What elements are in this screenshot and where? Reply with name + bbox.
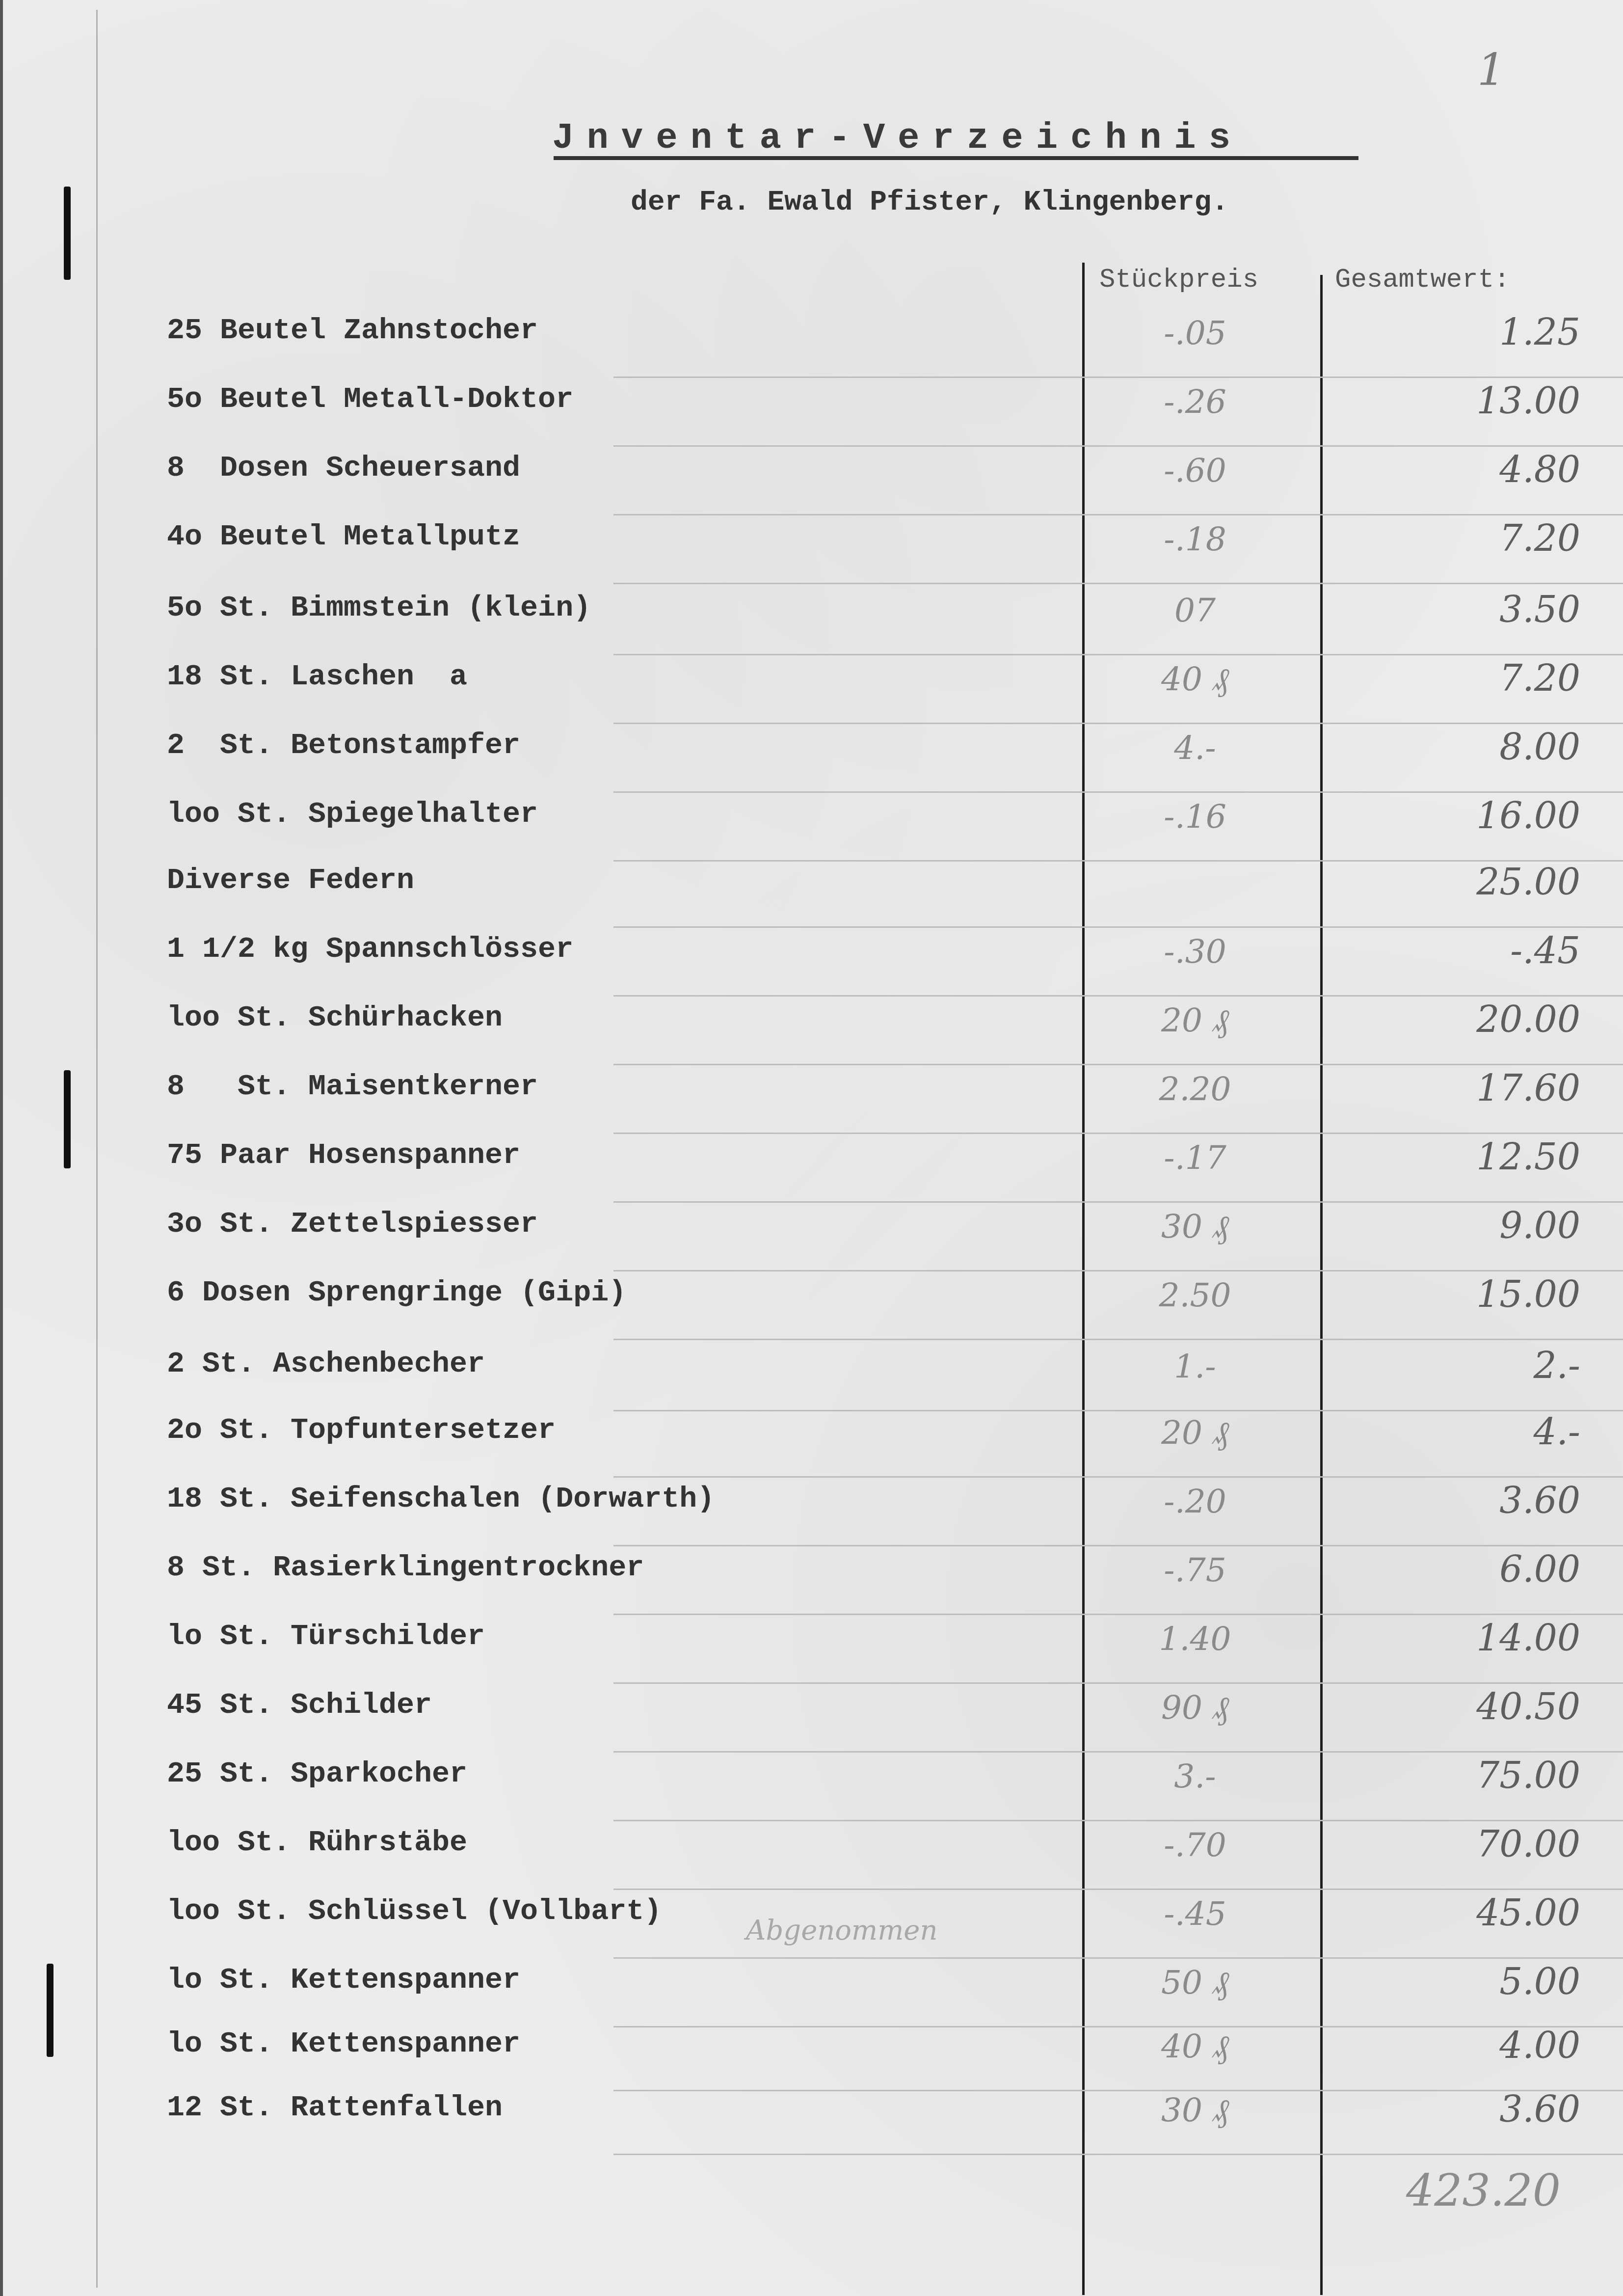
inventory-row: 3o St. Zettelspiesser30 ₰9.00 — [0, 1208, 1623, 1276]
ruled-line — [613, 1614, 1623, 1615]
total-value: 4.- — [1325, 1411, 1585, 1453]
unit-price-value: 40 ₰ — [1099, 660, 1291, 699]
item-description: loo St. Spiegelhalter — [167, 798, 538, 831]
total-value: 3.60 — [1325, 2088, 1585, 2131]
total-value: 8.00 — [1325, 726, 1585, 768]
item-description: 25 St. Sparkocher — [167, 1757, 467, 1791]
item-description: 45 St. Schilder — [167, 1689, 432, 1722]
margin-scribble: Abgenommen — [746, 1915, 937, 1946]
unit-price-value: 20 ₰ — [1099, 1001, 1291, 1040]
inventory-row: 2 St. Betonstampfer4.-8.00 — [0, 729, 1623, 798]
inventory-row: 5o St. Bimmstein (klein)073.50 — [0, 592, 1623, 660]
ruled-line — [613, 1476, 1623, 1478]
item-description: lo St. Türschilder — [167, 1620, 485, 1653]
inventory-row: lo St. Kettenspanner50 ₰5.00 — [0, 1964, 1623, 2032]
item-description: loo St. Schürhacken — [167, 1001, 503, 1035]
item-description: 5o St. Bimmstein (klein) — [167, 592, 591, 625]
ruled-line — [613, 1751, 1623, 1753]
item-description: 2o St. Topfuntersetzer — [167, 1414, 556, 1447]
inventory-row: 6 Dosen Sprengringe (Gipi)2.5015.00 — [0, 1276, 1623, 1345]
unit-price-value: -.05 — [1099, 314, 1291, 352]
item-description: 3o St. Zettelspiesser — [167, 1208, 538, 1241]
ruled-line — [613, 1889, 1623, 1890]
total-value: 12.50 — [1325, 1136, 1585, 1178]
total-value: 6.00 — [1325, 1548, 1585, 1591]
total-value: 75.00 — [1325, 1755, 1585, 1797]
ruled-line — [613, 1064, 1623, 1065]
inventory-row: 5o Beutel Metall-Doktor-.2613.00 — [0, 383, 1623, 452]
ruled-line — [613, 514, 1623, 515]
document-subtitle: der Fa. Ewald Pfister, Klingenberg. — [631, 187, 1228, 218]
total-value: 7.20 — [1325, 517, 1585, 560]
unit-price-value: -.16 — [1099, 798, 1291, 836]
unit-price-value: 2.20 — [1099, 1070, 1291, 1108]
total-value: 16.00 — [1325, 795, 1585, 837]
unit-price-value: -.18 — [1099, 520, 1291, 558]
total-value: 4.00 — [1325, 2025, 1585, 2067]
unit-price-value: -.30 — [1099, 933, 1291, 971]
total-value: 1.25 — [1325, 311, 1585, 353]
inventory-row: 2 St. Aschenbecher1.-2.- — [0, 1348, 1623, 1416]
total-value: 15.00 — [1325, 1273, 1585, 1316]
document-page: 1 Jnventar-Verzeichnis der Fa. Ewald Pfi… — [0, 0, 1623, 2296]
total-value-header: Gesamtwert: — [1335, 265, 1510, 295]
item-description: 6 Dosen Sprengringe (Gipi) — [167, 1276, 626, 1310]
total-value: 13.00 — [1325, 380, 1585, 422]
item-description: lo St. Kettenspanner — [167, 2027, 520, 2061]
document-title: Jnventar-Verzeichnis — [552, 118, 1243, 159]
unit-price-value: 1.- — [1099, 1348, 1291, 1385]
ruled-line — [613, 995, 1623, 997]
item-description: 8 Dosen Scheuersand — [167, 452, 520, 485]
ruled-line — [613, 1682, 1623, 1684]
ruled-line — [613, 1201, 1623, 1203]
ruled-line — [613, 583, 1623, 584]
staple-mark-icon — [64, 187, 71, 280]
inventory-row: 2o St. Topfuntersetzer20 ₰4.- — [0, 1414, 1623, 1483]
inventory-row: 4o Beutel Metallputz-.187.20 — [0, 520, 1623, 589]
unit-price-value: 30 ₰ — [1099, 1208, 1291, 1246]
inventory-row: 1 1/2 kg Spannschlösser-.30-.45 — [0, 933, 1623, 1001]
item-description: 2 St. Betonstampfer — [167, 729, 520, 762]
total-value: 25.00 — [1325, 861, 1585, 903]
unit-price-value: 4.- — [1099, 729, 1291, 767]
inventory-row: Diverse Federn25.00 — [0, 864, 1623, 933]
total-value: 3.60 — [1325, 1480, 1585, 1522]
item-description: 8 St. Rasierklingentrockner — [167, 1551, 644, 1585]
unit-price-value: -.70 — [1099, 1826, 1291, 1864]
item-description: 25 Beutel Zahnstocher — [167, 314, 538, 348]
total-value: 7.20 — [1325, 657, 1585, 700]
ruled-line — [613, 377, 1623, 378]
item-description: 8 St. Maisentkerner — [167, 1070, 538, 1104]
inventory-row: 75 Paar Hosenspanner-.1712.50 — [0, 1139, 1623, 1208]
unit-price-header: Stückpreis — [1099, 265, 1258, 295]
item-description: 4o Beutel Metallputz — [167, 520, 520, 554]
ruled-line — [613, 2154, 1623, 2155]
item-description: 5o Beutel Metall-Doktor — [167, 383, 573, 416]
total-value: 4.80 — [1325, 449, 1585, 491]
unit-price-value: 30 ₰ — [1099, 2091, 1291, 2130]
inventory-row: lo St. Türschilder1.4014.00 — [0, 1620, 1623, 1689]
ruled-line — [613, 1957, 1623, 1959]
title-underline — [554, 156, 1358, 160]
item-description: lo St. Kettenspanner — [167, 1964, 520, 1997]
inventory-row: 8 Dosen Scheuersand-.604.80 — [0, 452, 1623, 520]
item-description: 75 Paar Hosenspanner — [167, 1139, 520, 1172]
inventory-row: 18 St. Seifenschalen (Dorwarth)-.203.60 — [0, 1483, 1623, 1551]
item-description: 12 St. Rattenfallen — [167, 2091, 503, 2125]
ruled-line — [613, 723, 1623, 724]
grand-total: 423.20 — [1325, 2165, 1561, 2216]
unit-price-value: -.20 — [1099, 1483, 1291, 1520]
unit-price-value: 2.50 — [1099, 1276, 1291, 1314]
item-description: 1 1/2 kg Spannschlösser — [167, 933, 573, 966]
total-value: 17.60 — [1325, 1067, 1585, 1109]
item-description: Diverse Federn — [167, 864, 414, 897]
unit-price-value: 40 ₰ — [1099, 2027, 1291, 2066]
ruled-line — [613, 791, 1623, 793]
unit-price-value: -.17 — [1099, 1139, 1291, 1177]
total-value: 9.00 — [1325, 1205, 1585, 1247]
unit-price-value: 07 — [1099, 592, 1291, 629]
inventory-row: 18 St. Laschen a40 ₰7.20 — [0, 660, 1623, 729]
inventory-row: lo St. Kettenspanner40 ₰4.00 — [0, 2027, 1623, 2096]
ruled-line — [613, 926, 1623, 928]
inventory-row: 12 St. Rattenfallen30 ₰3.60 — [0, 2091, 1623, 2160]
ruled-line — [613, 654, 1623, 655]
unit-price-value: -.75 — [1099, 1551, 1291, 1589]
inventory-row: 25 Beutel Zahnstocher-.051.25 — [0, 314, 1623, 383]
inventory-row: loo St. Spiegelhalter-.1616.00 — [0, 798, 1623, 866]
ruled-line — [613, 1339, 1623, 1340]
ruled-line — [613, 445, 1623, 447]
ruled-line — [613, 1545, 1623, 1546]
unit-price-value: -.45 — [1099, 1895, 1291, 1933]
total-value: 20.00 — [1325, 999, 1585, 1041]
item-description: 2 St. Aschenbecher — [167, 1348, 485, 1381]
total-value: 3.50 — [1325, 589, 1585, 631]
unit-price-value: 50 ₰ — [1099, 1964, 1291, 2002]
total-value: 5.00 — [1325, 1961, 1585, 2003]
inventory-row: 8 St. Maisentkerner2.2017.60 — [0, 1070, 1623, 1139]
total-value: 45.00 — [1325, 1892, 1585, 1934]
item-description: loo St. Rührstäbe — [167, 1826, 467, 1860]
unit-price-value: 90 ₰ — [1099, 1689, 1291, 1727]
unit-price-value: 20 ₰ — [1099, 1414, 1291, 1452]
item-description: 18 St. Laschen a — [167, 660, 467, 694]
inventory-row: loo St. Schürhacken20 ₰20.00 — [0, 1001, 1623, 1070]
ruled-line — [613, 1270, 1623, 1271]
ruled-line — [613, 1820, 1623, 1821]
item-description: loo St. Schlüssel (Vollbart) — [167, 1895, 662, 1928]
unit-price-value: -.26 — [1099, 383, 1291, 421]
unit-price-value: -.60 — [1099, 452, 1291, 489]
total-value: 2.- — [1325, 1345, 1585, 1387]
total-value: 14.00 — [1325, 1617, 1585, 1659]
unit-price-value: 1.40 — [1099, 1620, 1291, 1658]
page-number: 1 — [1477, 44, 1505, 96]
inventory-row: 8 St. Rasierklingentrockner-.756.00 — [0, 1551, 1623, 1620]
total-value: -.45 — [1325, 930, 1585, 972]
ruled-line — [613, 1133, 1623, 1134]
inventory-row: 25 St. Sparkocher3.-75.00 — [0, 1757, 1623, 1826]
inventory-row: loo St. Rührstäbe-.7070.00 — [0, 1826, 1623, 1895]
total-value: 40.50 — [1325, 1686, 1585, 1728]
inventory-row: 45 St. Schilder90 ₰40.50 — [0, 1689, 1623, 1757]
unit-price-value: 3.- — [1099, 1757, 1291, 1795]
item-description: 18 St. Seifenschalen (Dorwarth) — [167, 1483, 715, 1516]
total-value: 70.00 — [1325, 1823, 1585, 1865]
